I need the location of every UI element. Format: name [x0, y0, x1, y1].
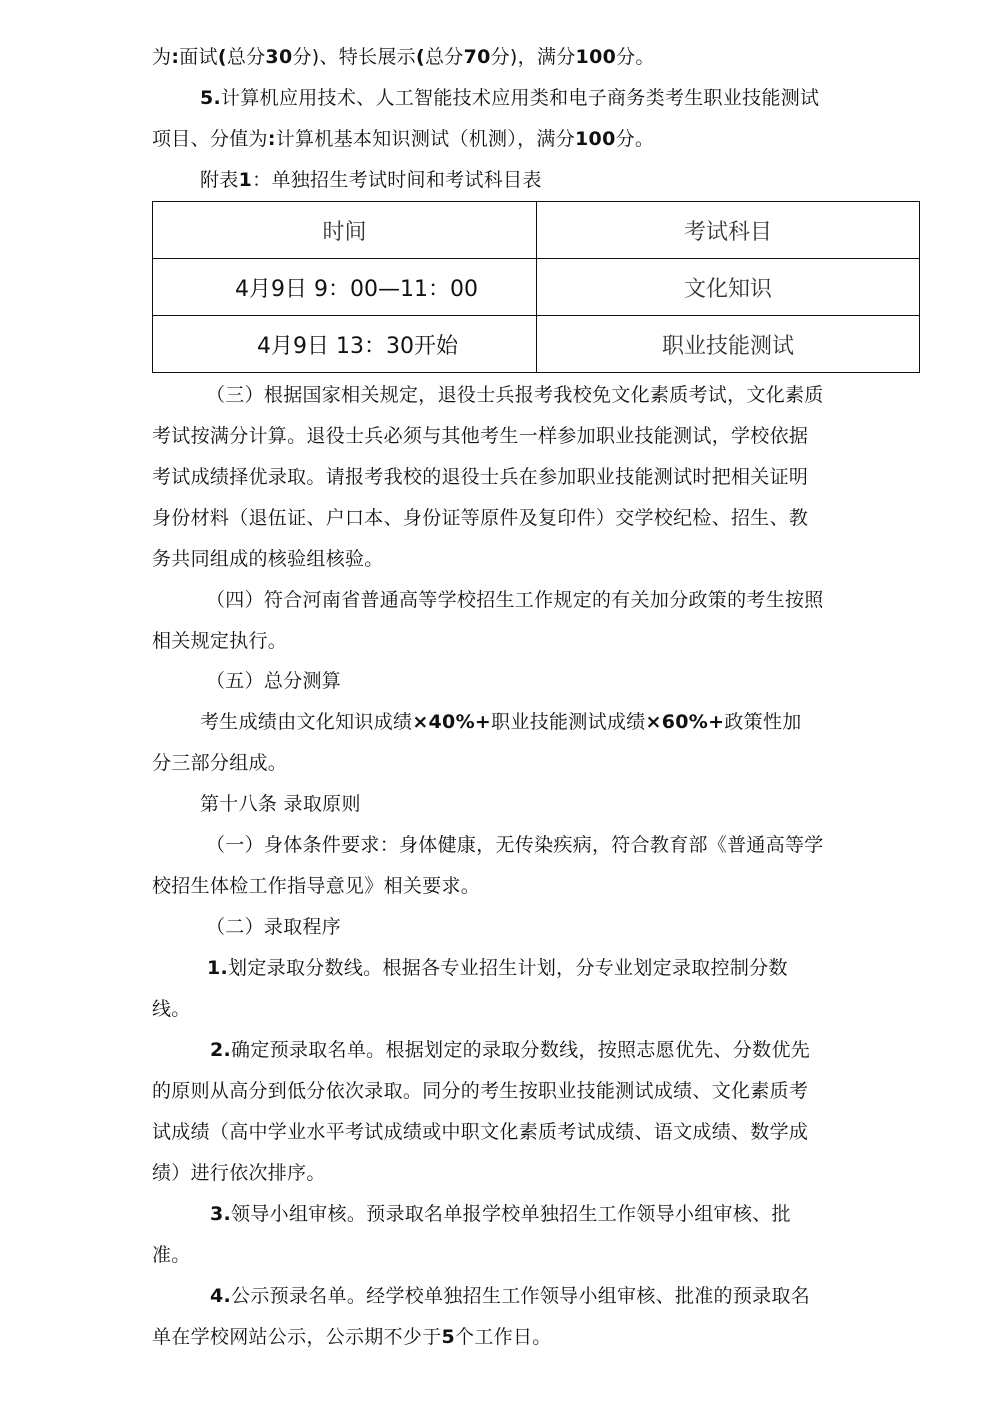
text: 100 [575, 128, 616, 150]
exam-schedule-table: 时间 考试科目 4月9日 9：00—11：00 文化知识 4月9日 13：30开… [152, 201, 920, 373]
text: 4月9日 13：30开始 [153, 329, 458, 360]
text: 附表 [200, 169, 239, 191]
article-title: 第十八条 录取原则 [200, 791, 361, 817]
paragraph-line: 准。 [152, 1242, 191, 1268]
paragraph-line: 线。 [152, 996, 191, 1022]
text: 项目、分值为 [152, 128, 268, 150]
paragraph-line: （一）身体条件要求：身体健康，无传染疾病，符合教育部《普通高等学 [206, 832, 824, 858]
text: 公示预录名单。经学校单独招生工作领导小组审核、批准的预录取名 [231, 1285, 810, 1307]
item-number: 2. [210, 1039, 231, 1061]
paragraph-line: 考试成绩择优录取。请报考我校的退役士兵在参加职业技能测试时把相关证明 [152, 464, 808, 490]
paragraph-line: 项目、分值为:计算机基本知识测试（机测），满分100分。 [152, 126, 654, 152]
list-item: 3.领导小组审核。预录取名单报学校单独招生工作领导小组审核、批 [210, 1201, 791, 1227]
paragraph-line: （四）符合河南省普通高等学校招生工作规定的有关加分政策的考生按照 [206, 587, 824, 613]
text: 分)，满分 [491, 46, 576, 68]
text: 分。 [616, 46, 655, 68]
text: 为 [152, 46, 171, 68]
text: 职业技能测试成绩 [491, 711, 645, 733]
text: 单在学校网站公示，公示期不少于 [152, 1326, 442, 1348]
text: 领导小组审核。预录取名单报学校单独招生工作领导小组审核、批 [231, 1203, 791, 1225]
paragraph-line: 单在学校网站公示，公示期不少于5个工作日。 [152, 1324, 552, 1350]
paragraph-line: 务共同组成的核验组核验。 [152, 546, 384, 572]
text: 30 [265, 46, 292, 68]
text: 5 [442, 1326, 456, 1348]
paragraph-line: 5.计算机应用技术、人工智能技术应用类和电子商务类考生职业技能测试 [200, 85, 819, 111]
item-number: 3. [210, 1203, 231, 1225]
item-number: 1. [207, 957, 228, 979]
text: 考生成绩由文化知识成绩 [200, 711, 412, 733]
list-item: 4.公示预录名单。经学校单独招生工作领导小组审核、批准的预录取名 [210, 1283, 810, 1309]
text: 计算机基本知识测试（机测），满分 [276, 128, 575, 150]
text: ×60%+ [646, 711, 725, 733]
paragraph-line: 试成绩（高中学业水平考试成绩或中职文化素质考试成绩、语文成绩、数学成 [152, 1119, 808, 1145]
list-item: 2.确定预录取名单。根据划定的录取分数线，按照志愿优先、分数优先 [210, 1037, 810, 1063]
paragraph-line: 考生成绩由文化知识成绩×40%+职业技能测试成绩×60%+政策性加 [200, 709, 802, 735]
text: 划定录取分数线。根据各专业招生计划，分专业划定录取控制分数 [228, 957, 788, 979]
text: ( [416, 46, 425, 68]
cell-subject: 文化知识 [537, 259, 920, 316]
paragraph-line: 的原则从高分到低分依次录取。同分的考生按职业技能测试成绩、文化素质考 [152, 1078, 808, 1104]
item-number: 5. [200, 87, 221, 109]
header-time: 时间 [153, 202, 537, 259]
text: 分。 [616, 128, 655, 150]
paragraph-line: 考试按满分计算。退役士兵必须与其他考生一样参加职业技能测试，学校依据 [152, 423, 808, 449]
table-caption: 附表1：单独招生考试时间和考试科目表 [200, 167, 542, 193]
cell-time: 4月9日 13：30开始 [153, 316, 537, 373]
paragraph-line: 绩）进行依次排序。 [152, 1160, 326, 1186]
item-number: 4. [210, 1285, 231, 1307]
table-header-row: 时间 考试科目 [153, 202, 920, 259]
text: 总分 [425, 46, 464, 68]
document-page: 为:面试(总分30分)、特长展示(总分70分)，满分100分。 5.计算机应用技… [0, 0, 1005, 1424]
header-subject: 考试科目 [537, 202, 920, 259]
paragraph-line: 分三部分组成。 [152, 750, 287, 776]
table-row: 4月9日 9：00—11：00 文化知识 [153, 259, 920, 316]
cell-subject: 职业技能测试 [537, 316, 920, 373]
paragraph-line: 身份材料（退伍证、户口本、身份证等原件及复印件）交学校纪检、招生、教 [152, 505, 808, 531]
text: 个工作日。 [455, 1326, 552, 1348]
text: ×40%+ [412, 711, 491, 733]
text: 分)、特长展示 [292, 46, 416, 68]
text: : [268, 128, 276, 150]
cell-time: 4月9日 9：00—11：00 [153, 259, 537, 316]
text: 总分 [227, 46, 266, 68]
section-title: （二）录取程序 [206, 914, 341, 940]
list-item: 1.划定录取分数线。根据各专业招生计划，分专业划定录取控制分数 [207, 955, 788, 981]
text: 70 [464, 46, 491, 68]
paragraph-line: 相关规定执行。 [152, 628, 287, 654]
text: 政策性加 [724, 711, 801, 733]
paragraph-line: （三）根据国家相关规定，退役士兵报考我校免文化素质考试，文化素质 [206, 382, 824, 408]
paragraph-line: 为:面试(总分30分)、特长展示(总分70分)，满分100分。 [152, 44, 655, 70]
paragraph-line: 校招生体检工作指导意见》相关要求。 [152, 873, 480, 899]
text: 计算机应用技术、人工智能技术应用类和电子商务类考生职业技能测试 [221, 87, 819, 109]
text: ：单独招生考试时间和考试科目表 [252, 169, 542, 191]
section-title: （五）总分测算 [206, 668, 341, 694]
text: 4月9日 9：00—11：00 [153, 272, 478, 303]
text: 1 [239, 169, 253, 191]
text: ( [218, 46, 227, 68]
text: 100 [576, 46, 617, 68]
text: 确定预录取名单。根据划定的录取分数线，按照志愿优先、分数优先 [231, 1039, 810, 1061]
table-row: 4月9日 13：30开始 职业技能测试 [153, 316, 920, 373]
text: 面试 [179, 46, 218, 68]
